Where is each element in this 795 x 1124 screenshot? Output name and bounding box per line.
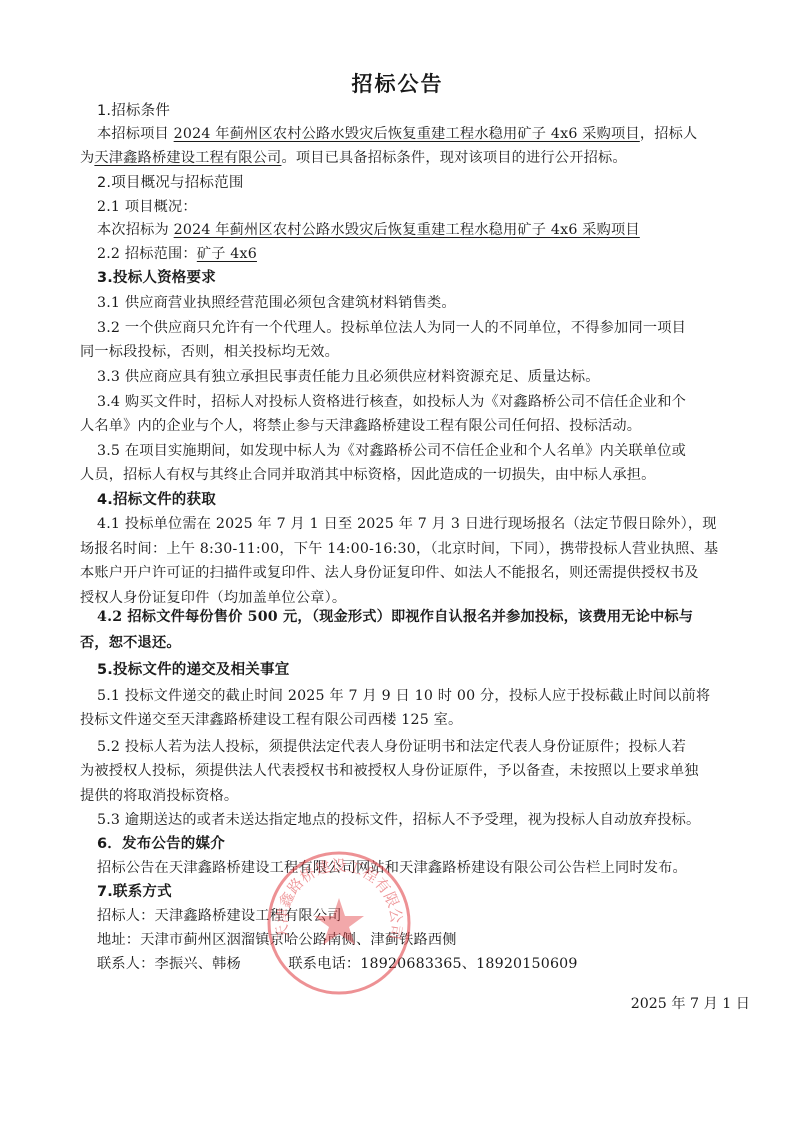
section-5-item-1-line-2: 投标文件递交至天津鑫路桥建设工程有限公司西楼 125 室。 — [80, 710, 780, 730]
contact-address: 地址：天津市蓟州区洇溜镇京哈公路南侧、津蓟铁路西侧 — [97, 930, 795, 950]
section-1-paragraph-line-2: 为天津鑫路桥建设工程有限公司。项目已具备招标条件，现对该项目的进行公开招标。 — [80, 148, 780, 168]
section-6-paragraph: 招标公告在天津鑫路桥建设工程有限公司网站和天津鑫路桥建设有限公司公告栏上同时发布… — [97, 858, 795, 878]
contact-phone: 联系电话：18920683365、18920150609 — [288, 956, 577, 972]
tender-announcement-page: 招标公告 1.招标条件 本招标项目 2024 年蓟州区农村公路水毁灾后恢复重建工… — [0, 0, 795, 1124]
company-name: 天津鑫路桥建设工程有限公司 — [94, 150, 281, 166]
section-2-1-heading: 2.1 项目概况： — [97, 197, 795, 217]
section-3-item-2-line-2: 同一标段投标，否则，相关投标均无效。 — [80, 342, 780, 362]
section-2-heading: 2.项目概况与招标范围 — [97, 173, 795, 193]
section-4-item-1-line-3: 本账户开户许可证的扫描件或复印件、法人身份证复印件、如法人不能报名，则还需提供授… — [80, 563, 780, 583]
section-3-item-4-line-2: 人名单》内的企业与个人，将禁止参与天津鑫路桥建设工程有限公司任何招、投标活动。 — [80, 416, 780, 436]
section-5-item-2-line-2: 为被授权人投标，须提供法人代表授权书和被授权人身份证原件，予以备查，未按照以上要… — [80, 761, 780, 781]
contact-person: 联系人：李振兴、韩杨 — [97, 956, 241, 972]
text: ，招标人 — [640, 126, 698, 142]
text: 。项目已具备招标条件，现对该项目的进行公开招标。 — [281, 150, 626, 166]
section-3-heading: 3.投标人资格要求 — [97, 268, 795, 288]
section-6-heading: 6．发布公告的媒介 — [97, 834, 795, 854]
section-3-item-3: 3.3 供应商应具有独立承担民事责任能力且必须供应材料资源充足、质量达标。 — [97, 367, 795, 387]
section-4-heading: 4.招标文件的获取 — [97, 490, 795, 510]
contact-person-row: 联系人：李振兴、韩杨 联系电话：18920683365、18920150609 — [97, 954, 795, 974]
section-4-item-2-line-2: 否，恕不退还。 — [80, 633, 780, 653]
project-name: 2024 年蓟州区农村公路水毁灾后恢复重建工程水稳用矿子 4x6 采购项目 — [174, 222, 640, 238]
section-4-item-1-line-4: 授权人身份证复印件（均加盖单位公章）。 — [80, 588, 780, 608]
section-3-item-4-line-1: 3.4 购买文件时，招标人对投标人资格进行核查，如投标人为《对鑫路桥公司不信任企… — [97, 392, 795, 412]
section-5-item-2-line-1: 5.2 投标人若为法人投标，须提供法定代表人身份证明书和法定代表人身份证原件；投… — [97, 737, 795, 757]
section-3-item-1: 3.1 供应商营业执照经营范围必须包含建筑材料销售类。 — [97, 293, 795, 313]
section-4-item-1-line-2: 场报名时间：上午 8:30-11:00，下午 14:00-16:30，（北京时间… — [80, 539, 780, 559]
section-3-item-5-line-2: 人员，招标人有权与其终止合同并取消其中标资格，因此造成的一切损失，由中标人承担。 — [80, 465, 780, 485]
text: 为 — [80, 150, 94, 166]
text: 本招标项目 — [97, 126, 174, 142]
section-2-2-text: 2.2 招标范围：矿子 4x6 — [97, 244, 795, 264]
section-3-item-2-line-1: 3.2 一个供应商只允许有一个代理人。投标单位法人为同一人的不同单位，不得参加同… — [97, 318, 795, 338]
contact-tenderer: 招标人：天津鑫路桥建设工程有限公司 — [97, 906, 795, 926]
page-title: 招标公告 — [0, 68, 795, 98]
scope-value: 矿子 4x6 — [197, 246, 257, 262]
project-name: 2024 年蓟州区农村公路水毁灾后恢复重建工程水稳用矿子 4x6 采购项目 — [174, 126, 640, 142]
section-5-heading: 5.投标文件的递交及相关事宜 — [97, 660, 795, 680]
text: 2.2 招标范围： — [97, 246, 197, 262]
section-5-item-3: 5.3 逾期送达的或者未送达指定地点的投标文件，招标人不予受理，视为投标人自动放… — [97, 810, 795, 830]
section-1-paragraph-line-1: 本招标项目 2024 年蓟州区农村公路水毁灾后恢复重建工程水稳用矿子 4x6 采… — [97, 124, 795, 144]
section-3-item-5-line-1: 3.5 在项目实施期间，如发现中标人为《对鑫路桥公司不信任企业和个人名单》内关联… — [97, 441, 795, 461]
section-5-item-2-line-3: 提供的将取消投标资格。 — [80, 786, 780, 806]
section-7-heading: 7.联系方式 — [97, 882, 795, 902]
text: 本次招标为 — [97, 222, 174, 238]
section-5-item-1-line-1: 5.1 投标文件递交的截止时间 2025 年 7 月 9 日 10 时 00 分… — [97, 686, 795, 706]
section-2-1-text: 本次招标为 2024 年蓟州区农村公路水毁灾后恢复重建工程水稳用矿子 4x6 采… — [97, 220, 795, 240]
announcement-date: 2025 年 7 月 1 日 — [631, 993, 750, 1013]
section-4-item-2-line-1: 4.2 招标文件每份售价 500 元，（现金形式）即视作自认报名并参加投标，该费… — [97, 607, 795, 627]
section-4-item-1-line-1: 4.1 投标单位需在 2025 年 7 月 1 日至 2025 年 7 月 3 … — [97, 514, 795, 534]
section-1-heading: 1.招标条件 — [97, 101, 795, 121]
